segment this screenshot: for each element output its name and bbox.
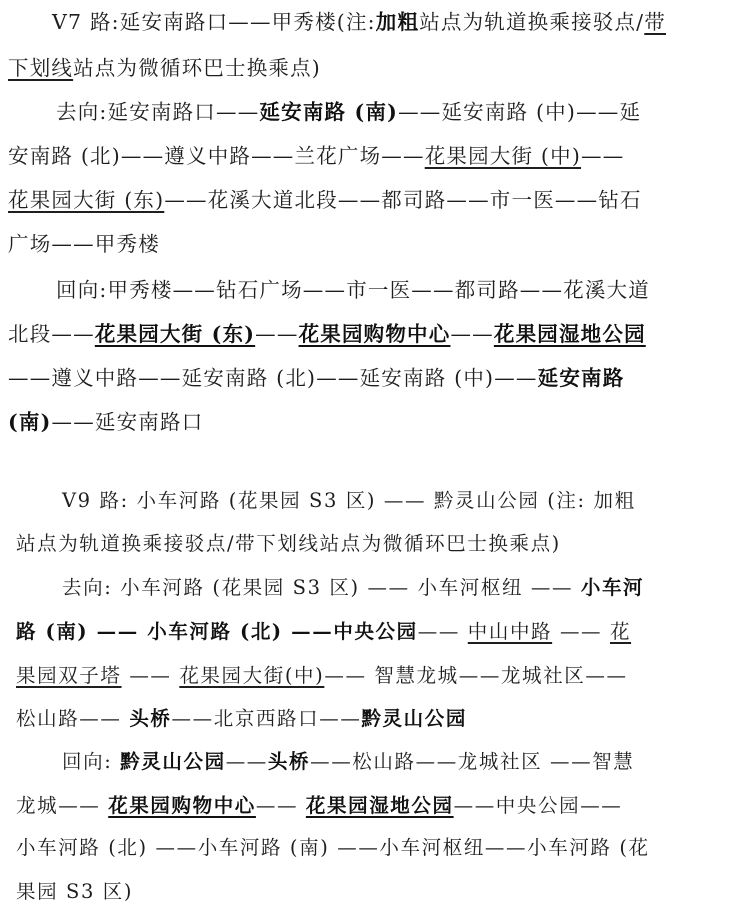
route-v9-line: 松山路—— 头桥——北京西路口——黔灵山公园 — [16, 705, 467, 733]
route-v7-line: 北段——花果园大街 (东)——花果园购物中心——花果园湿地公园 — [8, 320, 646, 348]
text-segment: ——花溪大道北段——都司路——市一医——钻石 — [164, 188, 641, 212]
text-segment: —— — [450, 322, 493, 346]
text-segment: 果园 S3 区) — [16, 880, 133, 903]
rail-and-microbus-transfer-stop: 花果园购物中心 — [299, 322, 451, 346]
route-v7-line: 去向:延安南路口——延安南路 (南)——延安南路 (中)——延 — [56, 98, 641, 126]
text-segment: 站点为微循环巴士换乘点) — [73, 56, 321, 80]
text-segment: —— — [256, 794, 306, 817]
text-segment: —— — [581, 144, 624, 168]
text-segment: 北段—— — [8, 322, 95, 346]
route-v9-line: 龙城—— 花果园购物中心—— 花果园湿地公园——中央公园—— — [16, 792, 622, 820]
text-segment: —— — [255, 322, 298, 346]
route-v7-line: V7 路:延安南路口——甲秀楼(注:加粗站点为轨道换乘接驳点/带 — [52, 8, 666, 36]
rail-transfer-stop: 黔灵山公园 — [120, 750, 226, 773]
route-v9-line: 回向: 黔灵山公园——头桥——松山路——龙城社区 ——智慧 — [62, 748, 634, 776]
text-segment: 龙城—— — [16, 794, 108, 817]
text-segment: —— — [226, 750, 268, 773]
microbus-transfer-stop: 中山中路 — [468, 620, 552, 643]
rail-transfer-stop: 路 (南) —— 小车河路 (北) ——中央公园 — [16, 620, 418, 643]
text-segment: 站点为轨道换乘接驳点/带下划线站点为微循环巴士换乘点) — [16, 532, 561, 555]
text-segment: 松山路—— — [16, 707, 129, 730]
text-segment: 去向:延安南路口—— — [56, 100, 259, 124]
route-v9-line: 果园双子塔 —— 花果园大街(中)—— 智慧龙城——龙城社区—— — [16, 662, 628, 690]
microbus-transfer-stop: 带 — [644, 10, 666, 34]
route-v7-line: 花果园大街 (东)——花溪大道北段——都司路——市一医——钻石 — [8, 186, 642, 214]
route-v7-line: 下划线站点为微循环巴士换乘点) — [8, 54, 321, 82]
route-v7-line: (南)——延安南路口 — [8, 408, 203, 436]
route-v7-line: 回向:甲秀楼——钻石广场——市一医——都司路——花溪大道 — [56, 276, 650, 304]
text-segment: ——松山路——龙城社区 ——智慧 — [310, 750, 634, 773]
rail-transfer-stop: 延安南路 (南) — [259, 100, 398, 124]
route-v9-line: 站点为轨道换乘接驳点/带下划线站点为微循环巴士换乘点) — [16, 530, 561, 558]
rail-transfer-stop: 黔灵山公园 — [361, 707, 467, 730]
rail-transfer-stop: 小车河 — [581, 576, 644, 599]
text-segment: ——中央公园—— — [454, 794, 623, 817]
text-segment: ——延安南路 (中)——延 — [398, 100, 641, 124]
route-v9-line: 果园 S3 区) — [16, 878, 133, 906]
text-segment: 广场——甲秀楼 — [8, 232, 160, 256]
rail-transfer-stop: 头桥 — [129, 707, 171, 730]
microbus-transfer-stop: 花 — [610, 620, 631, 643]
text-segment: V9 路: 小车河路 (花果园 S3 区) —— 黔灵山公园 (注: 加粗 — [62, 489, 636, 512]
microbus-transfer-stop: 花果园大街 (东) — [8, 188, 164, 212]
text-segment: —— — [122, 664, 180, 687]
route-v9-line: V9 路: 小车河路 (花果园 S3 区) —— 黔灵山公园 (注: 加粗 — [62, 487, 636, 515]
text-segment: 小车河路 (北) ——小车河路 (南) ——小车河枢纽——小车河路 (花 — [16, 836, 650, 859]
text-segment: 回向:甲秀楼——钻石广场——市一医——都司路——花溪大道 — [56, 278, 650, 302]
microbus-transfer-stop: 花果园大街 (中) — [425, 144, 581, 168]
rail-transfer-stop: (南) — [8, 410, 52, 434]
text-segment: —— — [552, 620, 610, 643]
text-segment: ——北京西路口—— — [172, 707, 362, 730]
microbus-transfer-stop: 花果园大街(中) — [179, 664, 324, 687]
route-v9-line: 小车河路 (北) ——小车河路 (南) ——小车河枢纽——小车河路 (花 — [16, 834, 650, 862]
text-segment: —— — [418, 620, 468, 643]
text-segment: 站点为轨道换乘接驳点/ — [419, 10, 644, 34]
route-v7-line: 安南路 (北)——遵义中路——兰花广场——花果园大街 (中)—— — [8, 142, 624, 170]
rail-transfer-stop: 头桥 — [268, 750, 310, 773]
microbus-transfer-stop: 果园双子塔 — [16, 664, 122, 687]
route-v7-line: 广场——甲秀楼 — [8, 230, 160, 258]
text-segment: 去向: 小车河路 (花果园 S3 区) —— 小车河枢纽 —— — [62, 576, 581, 599]
rail-and-microbus-transfer-stop: 花果园湿地公园 — [306, 794, 454, 817]
rail-transfer-stop: 延安南路 — [538, 366, 625, 390]
text-segment: —— 智慧龙城——龙城社区—— — [324, 664, 627, 687]
route-v9-line: 去向: 小车河路 (花果园 S3 区) —— 小车河枢纽 —— 小车河 — [62, 574, 644, 602]
microbus-transfer-stop: 下划线 — [8, 56, 73, 80]
text-segment: V7 路:延安南路口——甲秀楼(注: — [52, 10, 376, 34]
text-segment: ——延安南路口 — [52, 410, 204, 434]
rail-transfer-stop: 加粗 — [376, 10, 419, 34]
rail-and-microbus-transfer-stop: 花果园湿地公园 — [494, 322, 646, 346]
rail-and-microbus-transfer-stop: 花果园购物中心 — [108, 794, 256, 817]
rail-and-microbus-transfer-stop: 花果园大街 (东) — [95, 322, 255, 346]
route-v9-line: 路 (南) —— 小车河路 (北) ——中央公园—— 中山中路 —— 花 — [16, 618, 631, 646]
text-segment: 安南路 (北)——遵义中路——兰花广场—— — [8, 144, 425, 168]
route-v7-line: ——遵义中路——延安南路 (北)——延安南路 (中)——延安南路 — [8, 364, 624, 392]
text-segment: 回向: — [62, 750, 120, 773]
text-segment: ——遵义中路——延安南路 (北)——延安南路 (中)—— — [8, 366, 538, 390]
